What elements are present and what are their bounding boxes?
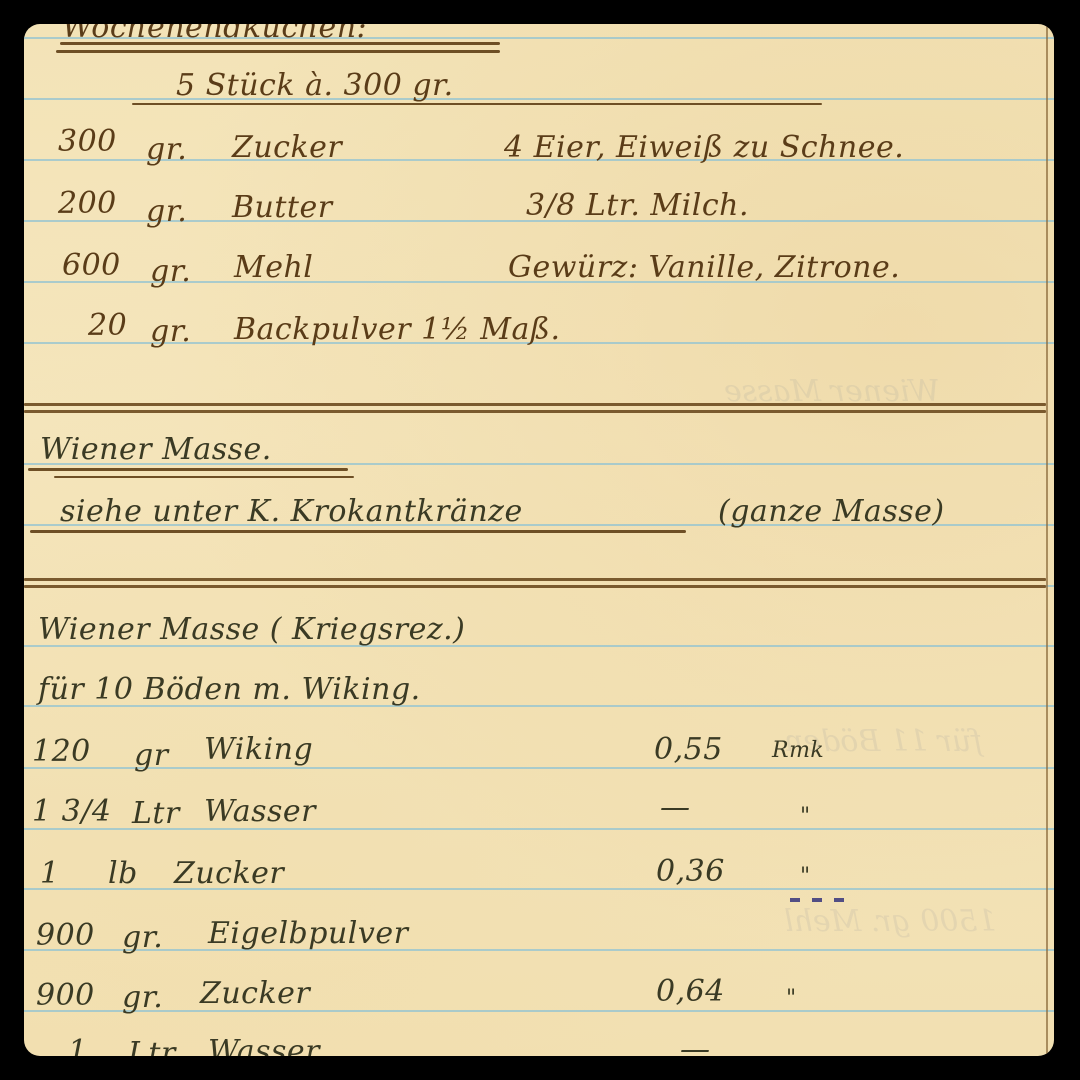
ingredient-name: Zucker bbox=[174, 856, 284, 891]
ingredient-unit: gr. bbox=[150, 254, 191, 289]
ink-smudge bbox=[790, 898, 846, 902]
recipe-title: Wiener Masse ( Kriegsrez.) bbox=[38, 612, 465, 647]
ingredient-unit: Ltr bbox=[132, 796, 180, 831]
ingredient-unit: gr. bbox=[150, 314, 191, 349]
title-underline bbox=[54, 476, 354, 478]
ingredient-name: Butter bbox=[232, 190, 333, 225]
ingredient-qty: 900 bbox=[36, 918, 95, 953]
ingredient-name: Wasser bbox=[208, 1034, 320, 1056]
title-underline bbox=[56, 50, 500, 53]
section-divider bbox=[24, 585, 1046, 588]
ingredient-qty: 20 bbox=[88, 308, 127, 343]
notebook-page: Wiener Masse für 11 Böden 1500 gr. Mehl … bbox=[24, 24, 1054, 1056]
ingredient-unit: lb bbox=[108, 856, 138, 891]
yield-underline bbox=[132, 103, 822, 105]
ruled-line bbox=[24, 949, 1054, 951]
ingredient-price: — bbox=[680, 1032, 711, 1056]
price-currency: Rmk bbox=[772, 738, 824, 763]
ingredient-name: Backpulver 1½ Maß. bbox=[234, 312, 561, 347]
ingredient-qty: 120 bbox=[32, 734, 91, 769]
recipe-subtitle: für 10 Böden m. Wiking. bbox=[38, 672, 421, 707]
ingredient-price: 0,55 bbox=[654, 732, 723, 767]
ingredient-name: Mehl bbox=[234, 250, 313, 285]
price-ditto: " bbox=[786, 986, 797, 1011]
section-divider bbox=[24, 403, 1046, 406]
bleed-through-text: 1500 gr. Mehl bbox=[784, 904, 997, 939]
ingredient-qty: 900 bbox=[36, 978, 95, 1013]
ingredient-note: 3/8 Ltr. Milch. bbox=[526, 188, 749, 223]
section-divider bbox=[24, 410, 1046, 413]
ingredient-qty: 600 bbox=[62, 248, 121, 283]
recipe-reference: siehe unter K. Krokantkränze bbox=[60, 494, 523, 529]
title-underline bbox=[60, 42, 500, 45]
recipe-note: (ganze Masse) bbox=[718, 494, 945, 529]
ingredient-name: Wiking bbox=[204, 732, 313, 767]
ingredient-price: — bbox=[660, 790, 691, 825]
ingredient-price: 0,36 bbox=[656, 854, 725, 889]
ingredient-name: Zucker bbox=[200, 976, 310, 1011]
title-underline bbox=[28, 468, 348, 471]
reference-underline bbox=[30, 530, 686, 533]
margin-line bbox=[1046, 24, 1048, 1056]
ingredient-qty: 300 bbox=[58, 124, 117, 159]
ingredient-name: Wasser bbox=[204, 794, 316, 829]
ingredient-price: 0,64 bbox=[656, 974, 725, 1009]
ingredient-qty: 200 bbox=[58, 186, 117, 221]
ingredient-qty: 1 bbox=[40, 856, 60, 891]
ingredient-unit: gr. bbox=[146, 132, 187, 167]
ingredient-qty: 1 bbox=[68, 1034, 88, 1056]
ingredient-unit: Ltr. bbox=[128, 1036, 183, 1056]
price-ditto: " bbox=[800, 864, 811, 889]
ingredient-qty: 1 3/4 bbox=[32, 794, 111, 829]
ingredient-name: Zucker bbox=[232, 130, 342, 165]
ruled-line bbox=[24, 1010, 1054, 1012]
ingredient-name: Eigelbpulver bbox=[208, 916, 408, 951]
ingredient-note: 4 Eier, Eiweiß zu Schnee. bbox=[504, 130, 904, 165]
ingredient-unit: gr. bbox=[122, 980, 163, 1015]
ingredient-unit: gr bbox=[134, 738, 169, 773]
price-ditto: " bbox=[800, 804, 811, 829]
section-divider bbox=[24, 578, 1046, 581]
ruled-line bbox=[24, 767, 1054, 769]
yield-text: 5 Stück à. 300 gr. bbox=[176, 68, 454, 103]
ingredient-unit: gr. bbox=[146, 194, 187, 229]
ingredient-unit: gr. bbox=[122, 920, 163, 955]
recipe-title: Wiener Masse. bbox=[40, 432, 272, 467]
ingredient-note: Gewürz: Vanille, Zitrone. bbox=[508, 250, 900, 285]
